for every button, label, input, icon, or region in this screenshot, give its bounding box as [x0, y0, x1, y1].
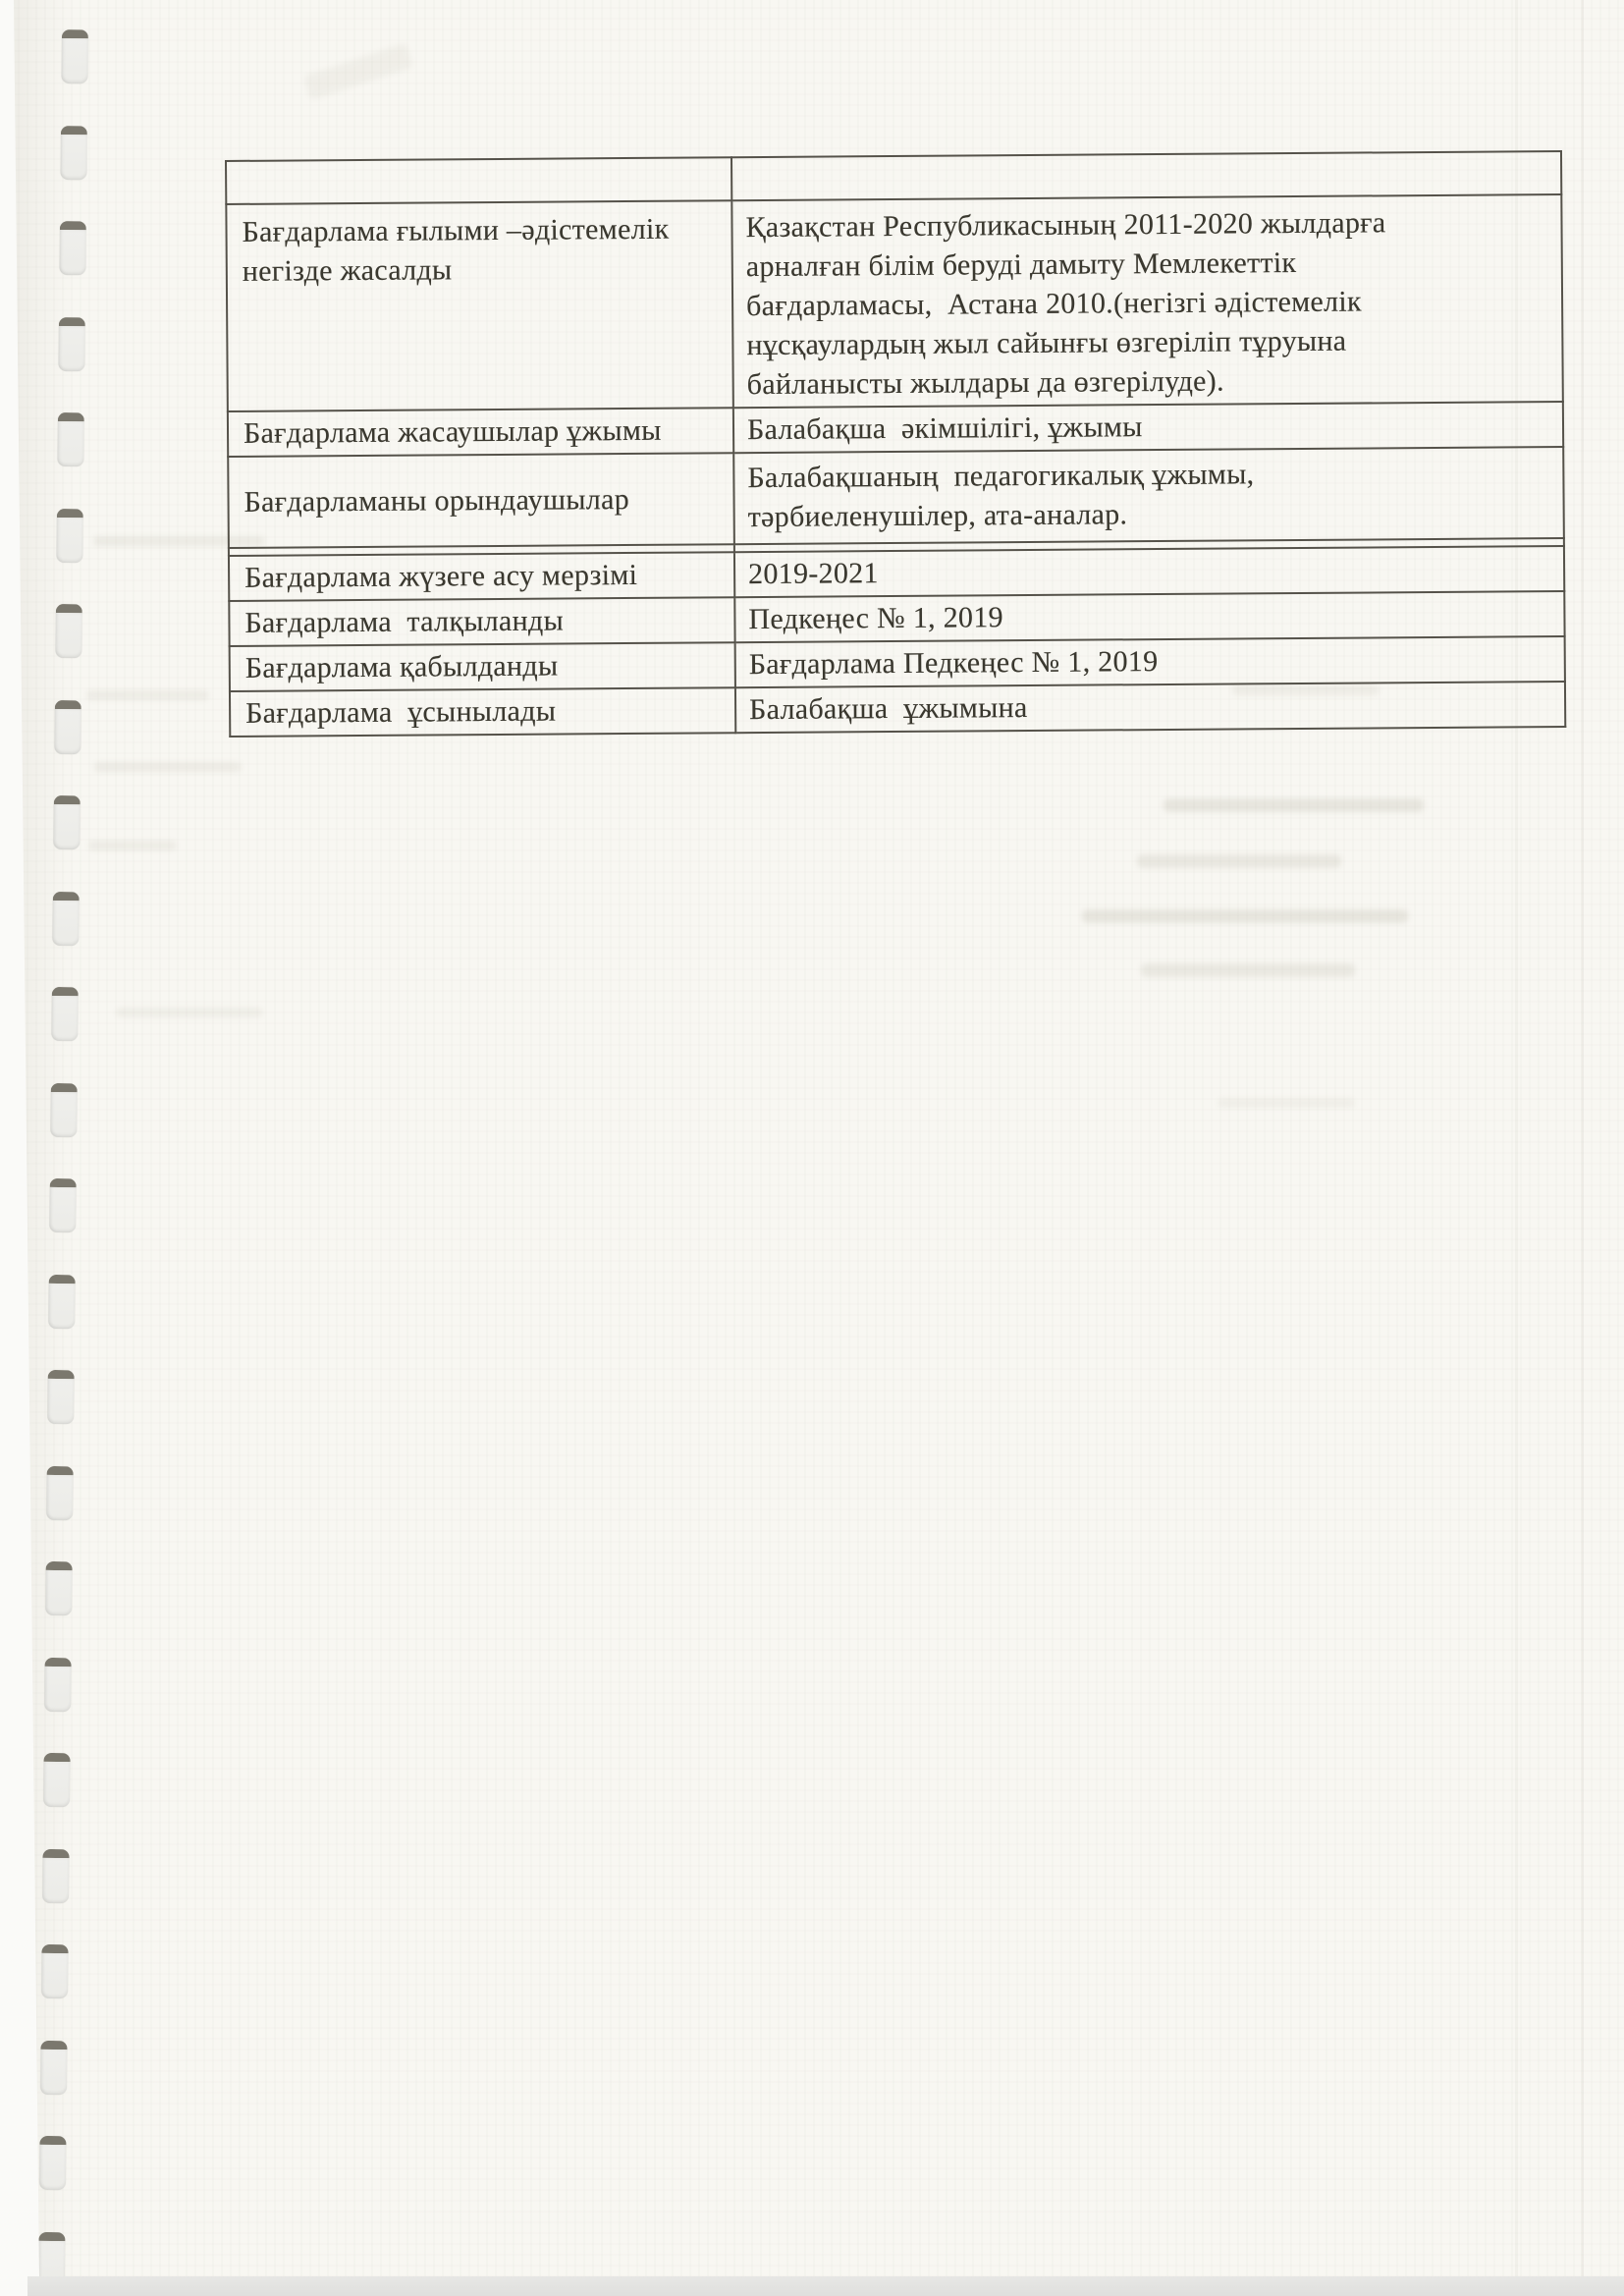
- binding-hole: [42, 1848, 70, 1902]
- binding-hole: [46, 1465, 74, 1519]
- value-line: арналған білім беруді дамыту Мемлекеттік: [746, 242, 1553, 287]
- document-page: Бағдарлама ғылыми –әдістемелік негізде ж…: [0, 0, 1624, 2277]
- binding-hole: [58, 316, 85, 370]
- binding-hole: [59, 221, 86, 275]
- table-row: Бағдарламаны орындаушылар Балабақшаның п…: [228, 447, 1564, 548]
- bleed-through-smudge: [94, 762, 242, 772]
- binding-hole: [50, 1082, 78, 1136]
- value-line: тәрбиеленушілер, ата-аналар.: [748, 492, 1555, 537]
- table-row: Бағдарлама ұсынылады Балабақша ұжымына: [230, 682, 1565, 737]
- bleed-through-smudge: [303, 43, 414, 101]
- scan-bottom-edge: [27, 2276, 1624, 2296]
- value-line: бағдарламасы, Астана 2010.(негізгі әдіст…: [746, 281, 1553, 326]
- row-value-cell: Педкеңес № 1, 2019: [734, 591, 1564, 642]
- binding-hole: [61, 29, 88, 83]
- binding-hole: [47, 1370, 75, 1424]
- table-row: Бағдарлама ғылыми –әдістемелік негізде ж…: [226, 194, 1563, 411]
- binding-hole: [52, 891, 80, 945]
- binding-hole: [44, 1657, 72, 1711]
- binding-hole: [43, 1753, 71, 1807]
- binding-hole: [57, 412, 84, 466]
- row-value-cell: 2019-2021: [734, 546, 1564, 597]
- bleed-through-smudge: [1218, 1098, 1355, 1108]
- binding-hole: [45, 1561, 73, 1615]
- bleed-through-smudge: [1082, 909, 1408, 923]
- bleed-through-smudge: [1164, 798, 1424, 812]
- row-value-cell: [731, 151, 1561, 200]
- bleed-through-smudge: [88, 841, 177, 850]
- binding-hole: [49, 1178, 77, 1232]
- bleed-through-smudge: [86, 690, 209, 700]
- row-label-cell: Бағдарламаны орындаушылар: [228, 453, 734, 548]
- row-value-cell: Балабақша ұжымына: [735, 682, 1565, 733]
- row-label-cell: [226, 157, 731, 204]
- row-label-cell: Бағдарлама ұсынылады: [230, 687, 735, 737]
- binding-hole: [60, 125, 87, 179]
- value-line: Қазақстан Республикасының 2011-2020 жылд…: [745, 202, 1552, 247]
- program-info-table: Бағдарлама ғылыми –әдістемелік негізде ж…: [225, 150, 1566, 738]
- row-value-cell: Қазақстан Республикасының 2011-2020 жылд…: [731, 194, 1563, 408]
- binding-hole: [56, 508, 83, 562]
- row-value-cell: Балабақшаның педагогикалық ұжымы, тәрбие…: [733, 447, 1564, 544]
- binding-hole: [41, 1944, 69, 1998]
- row-label-cell: Бағдарлама ғылыми –әдістемелік негізде ж…: [226, 200, 733, 411]
- binding-hole: [48, 1274, 76, 1328]
- value-line: Балабақшаның педагогикалық ұжымы,: [747, 453, 1554, 498]
- scanner-streak: [1581, 0, 1584, 2277]
- value-line: байланысты жылдары да өзгерілуде).: [747, 359, 1554, 405]
- binding-hole: [53, 795, 81, 849]
- program-info-table-wrap: Бағдарлама ғылыми –әдістемелік негізде ж…: [225, 150, 1564, 738]
- row-label-cell: Бағдарлама қабылданды: [230, 642, 735, 691]
- binding-hole: [39, 2136, 67, 2190]
- row-label-cell: Бағдарлама талқыланды: [229, 597, 734, 646]
- bleed-through-smudge: [1141, 963, 1355, 977]
- value-line: нұсқаулардың жыл сайынғы өзгеріліп тұруы…: [746, 320, 1553, 365]
- binding-hole: [54, 699, 81, 753]
- row-value-cell: Бағдарлама Педкеңес № 1, 2019: [735, 636, 1565, 687]
- bleed-through-smudge: [1137, 854, 1341, 868]
- row-label-cell: Бағдарлама жүзеге асу мерзімі: [229, 552, 734, 601]
- binding-hole: [55, 604, 82, 658]
- binding-hole: [51, 987, 79, 1041]
- binding-hole: [40, 2040, 68, 2094]
- row-label-cell: Бағдарлама жасаушылар ұжымы: [228, 408, 733, 457]
- bleed-through-smudge: [116, 1008, 263, 1017]
- row-value-cell: Балабақша әкімшілігі, ұжымы: [733, 402, 1563, 453]
- binding-hole: [38, 2231, 66, 2277]
